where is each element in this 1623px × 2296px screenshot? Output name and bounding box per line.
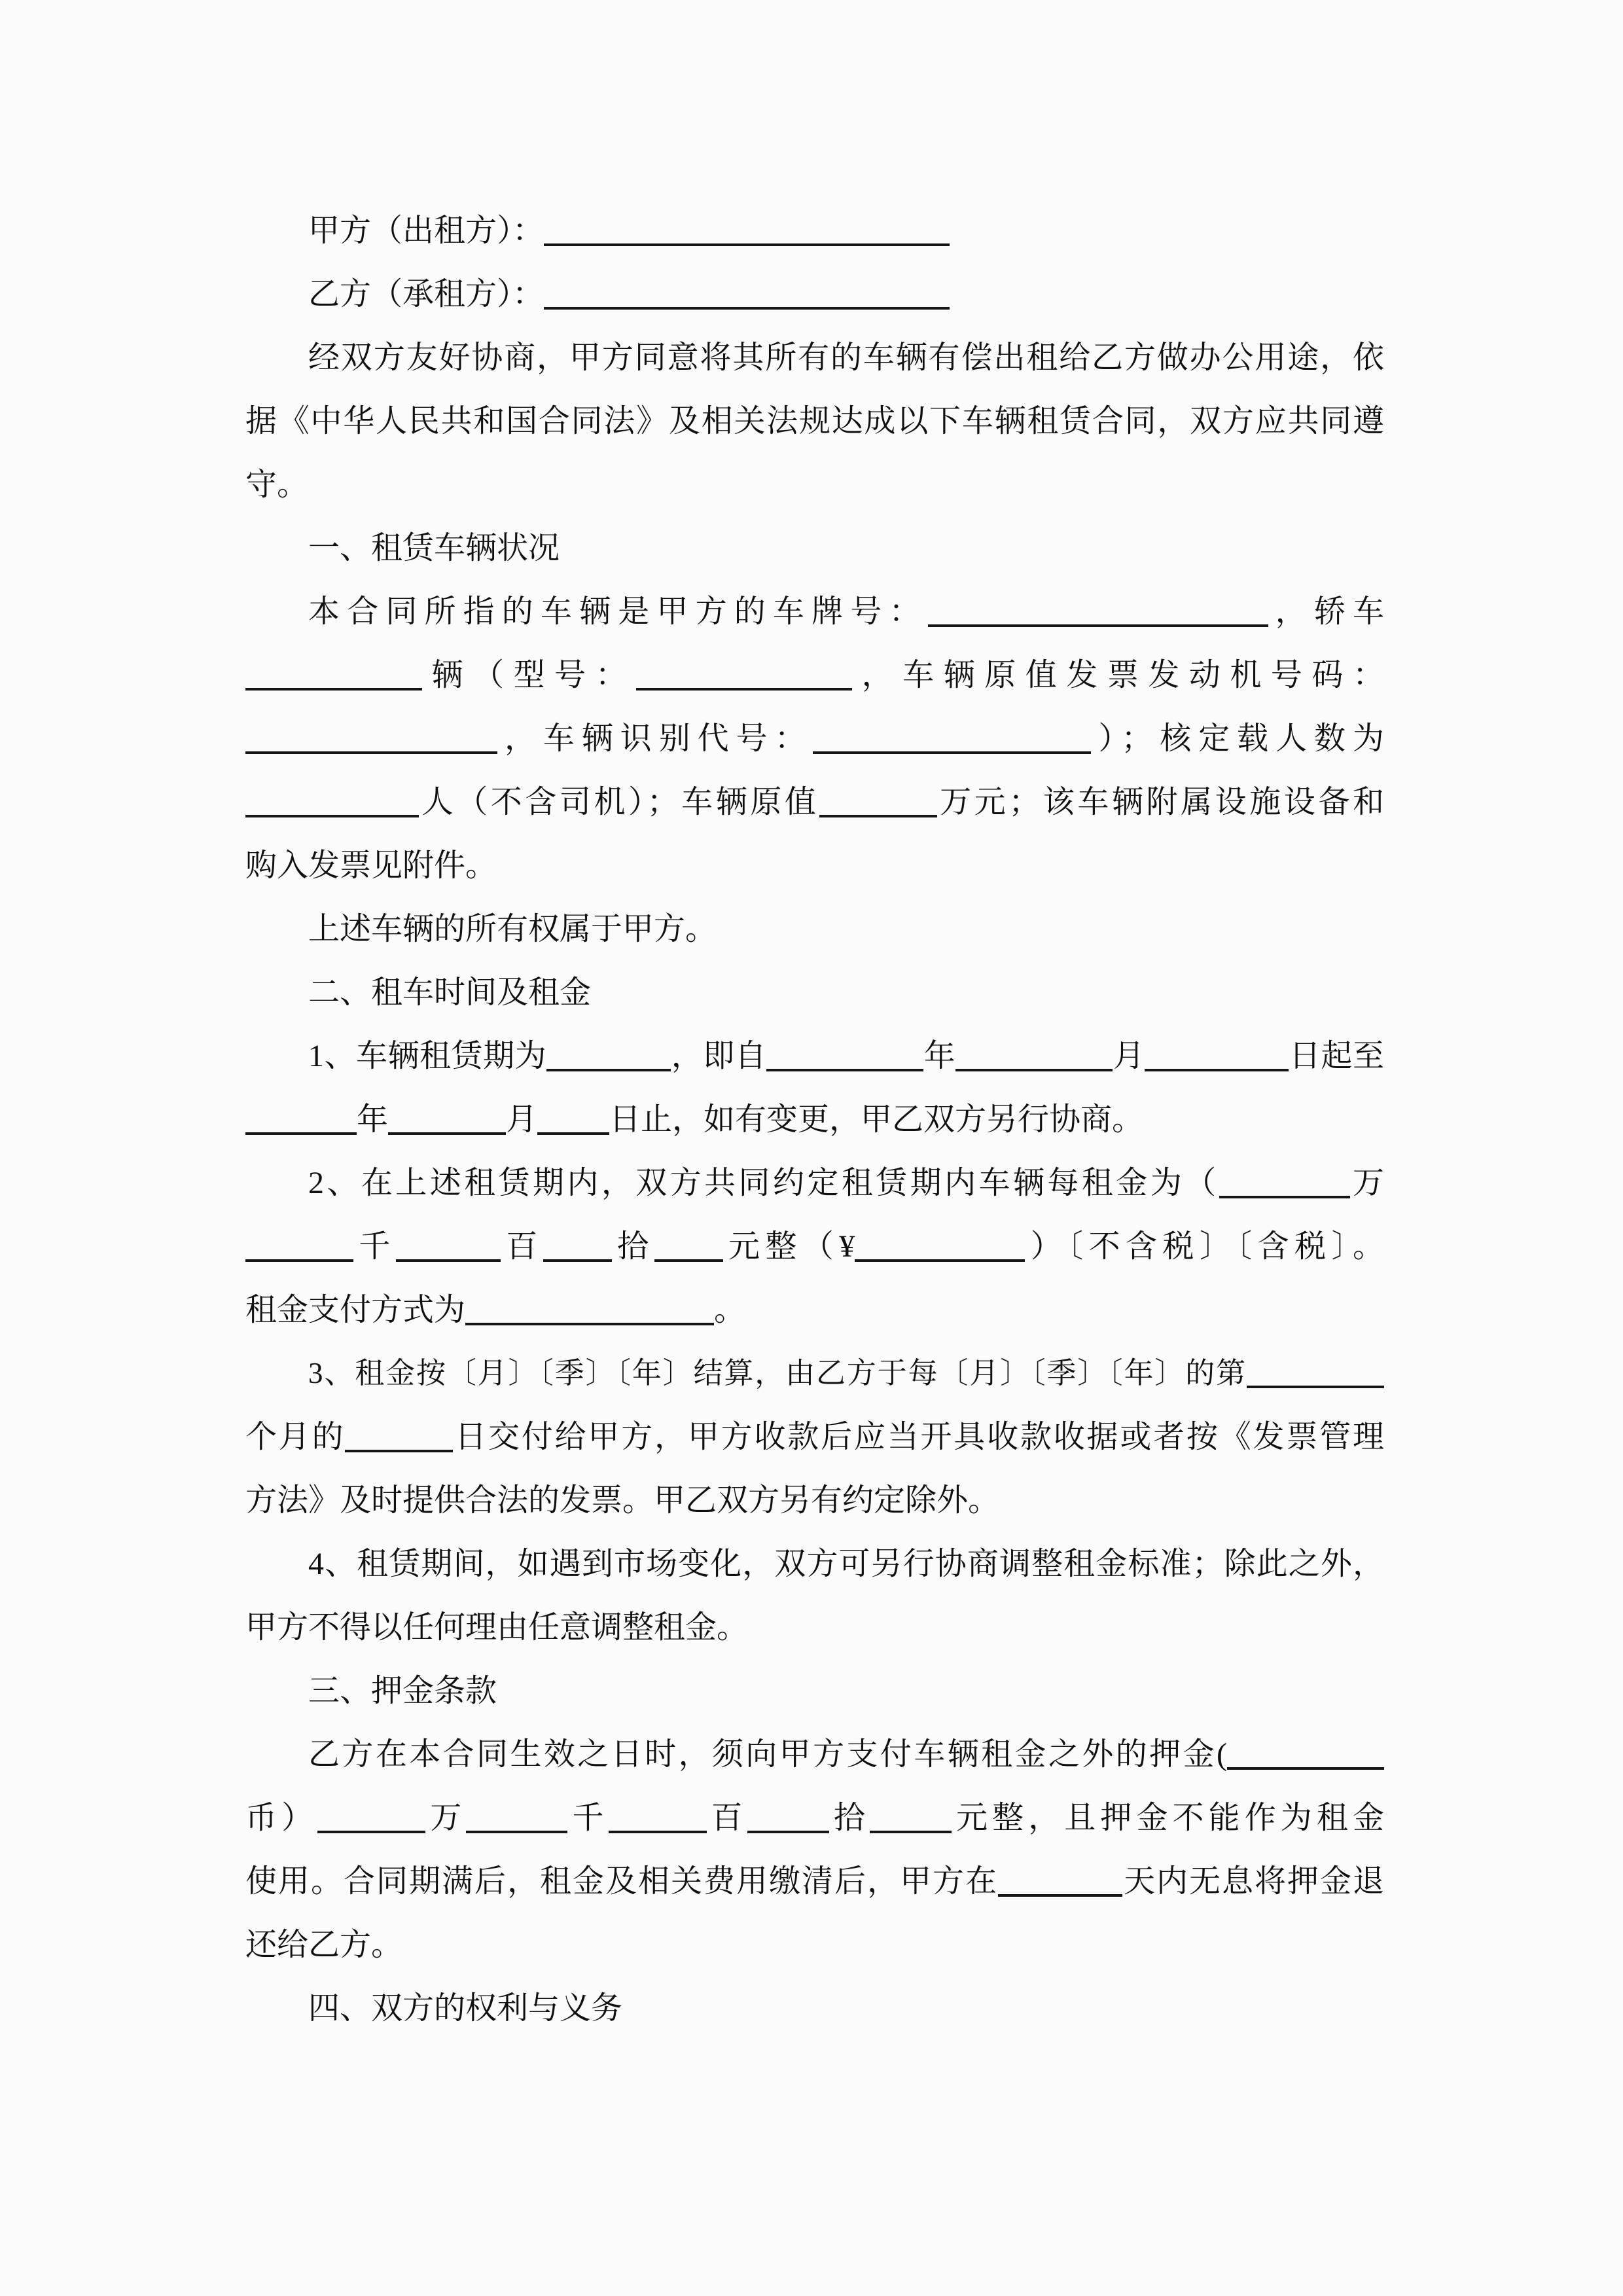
doc-line-heading-1: 一、租赁车辆状况: [245, 516, 1384, 580]
model-blank: [636, 658, 852, 691]
text-run: 4、租赁期间，如遇到市场变化，双方可另行协商调整租金标准；除此之外，: [308, 1547, 1384, 1581]
text-run: 年: [357, 1102, 388, 1137]
doc-line-s1-line3: ，车辆识别代号：）；核定载人数为: [245, 707, 1384, 770]
text-run: 拾: [612, 1229, 654, 1264]
rent-wan-blank: [1219, 1166, 1350, 1198]
text-run: 还给乙方。: [245, 1928, 402, 1962]
text-run: ，车辆原值发票发动机号码：: [852, 658, 1384, 692]
text-run: 甲方不得以任何理由任意调整租金。: [245, 1610, 748, 1645]
rent-bai-blank: [396, 1229, 501, 1262]
doc-line-s3-line1: 乙方在本合同生效之日时，须向甲方支付车辆租金之外的押金(: [245, 1723, 1384, 1786]
text-run: 月: [506, 1102, 537, 1137]
rent-amount-figure-blank: [855, 1229, 1025, 1262]
vehicle-count-blank: [245, 658, 422, 691]
text-run: 日止，如有变更，甲乙双方另行协商。: [609, 1102, 1143, 1137]
payment-day-blank: [345, 1420, 453, 1452]
text-run: 3、租金按〔月〕〔季〕〔年〕结算，由乙方于每〔月〕〔季〕〔年〕的第: [308, 1357, 1247, 1390]
text-run: 日交付给甲方，甲方收款后应当开具收款收据或者按《发票管理: [453, 1420, 1384, 1454]
doc-line-s2-item2-line2: 千百拾元整（¥）〔不含税〕〔含税〕。: [245, 1215, 1384, 1278]
text-run: 乙方（承租方）：: [308, 277, 544, 312]
start-day-blank: [1145, 1039, 1289, 1071]
text-run: ）；核定载人数为: [1091, 721, 1384, 756]
text-run: 上述车辆的所有权属于甲方。: [308, 912, 717, 946]
deposit-shi-blank: [747, 1801, 829, 1833]
end-year-blank: [245, 1102, 357, 1135]
text-run: 千: [567, 1801, 608, 1835]
end-month-blank: [388, 1102, 506, 1135]
doc-line-party-a: 甲方（出租方）：: [245, 199, 1384, 262]
text-run: ，车辆识别代号：: [497, 721, 813, 756]
text-run: 守。: [245, 467, 308, 502]
lease-term-blank: [546, 1039, 671, 1071]
doc-line-preamble-3: 守。: [245, 453, 1384, 516]
doc-line-s1-line6: 上述车辆的所有权属于甲方。: [245, 897, 1384, 961]
text-run: ）〔不含税〕〔含税〕。: [1025, 1229, 1384, 1264]
doc-line-s2-item4-line2: 甲方不得以任何理由任意调整租金。: [245, 1596, 1384, 1659]
rent-qian-blank: [245, 1229, 353, 1262]
seat-count-blank: [245, 785, 419, 817]
text-run: 辆（型号：: [422, 658, 636, 692]
text-run: 据《中华人民共和国合同法》及相关法规达成以下车辆租赁合同，双方应共同遵: [245, 404, 1384, 439]
doc-line-s2-item4-line1: 4、租赁期间，如遇到市场变化，双方可另行协商调整租金标准；除此之外，: [245, 1532, 1384, 1596]
refund-days-blank: [998, 1864, 1122, 1897]
text-run: 天内无息将押金退: [1122, 1864, 1384, 1899]
text-run: 方法》及时提供合法的发票。甲乙双方另有约定除外。: [245, 1483, 999, 1518]
doc-line-party-b: 乙方（承租方）：: [245, 262, 1384, 326]
text-run: 百: [501, 1229, 543, 1264]
text-run: 租金支付方式为: [245, 1293, 465, 1327]
doc-line-heading-3: 三、押金条款: [245, 1659, 1384, 1723]
text-run: 2、在上述租赁期内，双方共同约定租赁期内车辆每租金为（: [308, 1166, 1219, 1200]
payment-method-blank: [465, 1293, 714, 1325]
engine-number-blank: [245, 721, 497, 754]
text-run: 万: [1350, 1166, 1384, 1200]
doc-line-s2-item2-line1: 2、在上述租赁期内，双方共同约定租赁期内车辆每租金为（万: [245, 1151, 1384, 1215]
doc-line-s2-item3-line2: 个月的日交付给甲方，甲方收款后应当开具收款收据或者按《发票管理: [245, 1405, 1384, 1469]
text-run: 经双方友好协商，甲方同意将其所有的车辆有偿出租给乙方做办公用途，依: [308, 340, 1384, 375]
doc-line-s1-line5: 购入发票见附件。: [245, 834, 1384, 897]
doc-line-s1-line2: 辆（型号：，车辆原值发票发动机号码：: [245, 643, 1384, 707]
text-run: 三、押金条款: [308, 1674, 497, 1708]
text-run: 使用。合同期满后，租金及相关费用缴清后，甲方在: [245, 1864, 998, 1899]
text-run: 万: [425, 1801, 466, 1835]
doc-line-s1-line4: 人（不含司机）；车辆原值万元；该车辆附属设施设备和: [245, 770, 1384, 834]
doc-line-s2-item1-line2: 年月日止，如有变更，甲乙双方另行协商。: [245, 1088, 1384, 1151]
doc-line-preamble-2: 据《中华人民共和国合同法》及相关法规达成以下车辆租赁合同，双方应共同遵: [245, 389, 1384, 453]
text-run: 。: [714, 1293, 745, 1327]
text-run: 元整，且押金不能作为租金: [952, 1801, 1384, 1835]
rent-shi-blank: [543, 1229, 612, 1262]
deposit-currency-blank: [1227, 1737, 1384, 1770]
settlement-ordinal-blank: [1247, 1355, 1384, 1388]
plate-number-blank: [928, 594, 1268, 627]
doc-line-s2-item3-line1: 3、租金按〔月〕〔季〕〔年〕结算，由乙方于每〔月〕〔季〕〔年〕的第: [245, 1342, 1384, 1405]
party-b-name-blank: [544, 277, 950, 310]
doc-line-preamble-1: 经双方友好协商，甲方同意将其所有的车辆有偿出租给乙方做办公用途，依: [245, 326, 1384, 389]
doc-line-s1-line1: 本合同所指的车辆是甲方的车牌号：，轿车: [245, 580, 1384, 643]
text-run: 币）: [245, 1801, 317, 1835]
doc-line-s2-item2-line3: 租金支付方式为。: [245, 1278, 1384, 1342]
end-day-blank: [537, 1102, 609, 1135]
text-run: 乙方在本合同生效之日时，须向甲方支付车辆租金之外的押金(: [308, 1737, 1227, 1772]
text-run: 二、租车时间及租金: [308, 975, 591, 1010]
text-run: 日起至: [1289, 1039, 1384, 1073]
doc-line-s3-line2: 币）万千百拾元整，且押金不能作为租金: [245, 1786, 1384, 1850]
party-a-name-blank: [544, 213, 950, 246]
text-run: 元整（¥: [723, 1229, 855, 1264]
doc-line-s3-line3: 使用。合同期满后，租金及相关费用缴清后，甲方在天内无息将押金退: [245, 1850, 1384, 1913]
text-run: 人（不含司机）；车辆原值: [419, 785, 819, 819]
text-run: 万元；该车辆附属设施设备和: [937, 785, 1385, 819]
start-month-blank: [955, 1039, 1113, 1071]
text-run: 个月的: [245, 1420, 345, 1454]
text-run: 甲方（出租方）：: [308, 213, 544, 248]
rent-yuan-blank: [654, 1229, 723, 1262]
doc-line-s2-item3-line3: 方法》及时提供合法的发票。甲乙双方另有约定除外。: [245, 1469, 1384, 1532]
doc-line-heading-2: 二、租车时间及租金: [245, 961, 1384, 1024]
text-run: 月: [1113, 1039, 1145, 1073]
doc-line-s2-item1-line1: 1、车辆租赁期为，即自年月日起至: [245, 1024, 1384, 1088]
deposit-wan-blank: [317, 1801, 425, 1833]
text-run: 年: [923, 1039, 955, 1073]
start-year-blank: [766, 1039, 923, 1071]
text-run: 四、双方的权利与义务: [308, 1991, 622, 2026]
text-run: 千: [353, 1229, 396, 1264]
deposit-bai-blank: [609, 1801, 707, 1833]
vin-blank: [813, 721, 1091, 754]
vehicle-value-blank: [819, 785, 937, 817]
text-run: 本合同所指的车辆是甲方的车牌号：: [308, 594, 928, 629]
text-run: 百: [707, 1801, 747, 1835]
deposit-yuan-blank: [870, 1801, 952, 1833]
contract-body: 甲方（出租方）：乙方（承租方）：经双方友好协商，甲方同意将其所有的车辆有偿出租给…: [245, 199, 1384, 2040]
text-run: 购入发票见附件。: [245, 848, 497, 883]
doc-line-heading-4: 四、双方的权利与义务: [245, 1977, 1384, 2040]
text-run: ，即自: [671, 1039, 766, 1073]
text-run: ，轿车: [1268, 594, 1384, 629]
deposit-qian-blank: [466, 1801, 567, 1833]
doc-line-s3-line4: 还给乙方。: [245, 1913, 1384, 1977]
text-run: 1、车辆租赁期为: [308, 1039, 546, 1073]
text-run: 拾: [829, 1801, 870, 1835]
text-run: 一、租赁车辆状况: [308, 531, 560, 565]
